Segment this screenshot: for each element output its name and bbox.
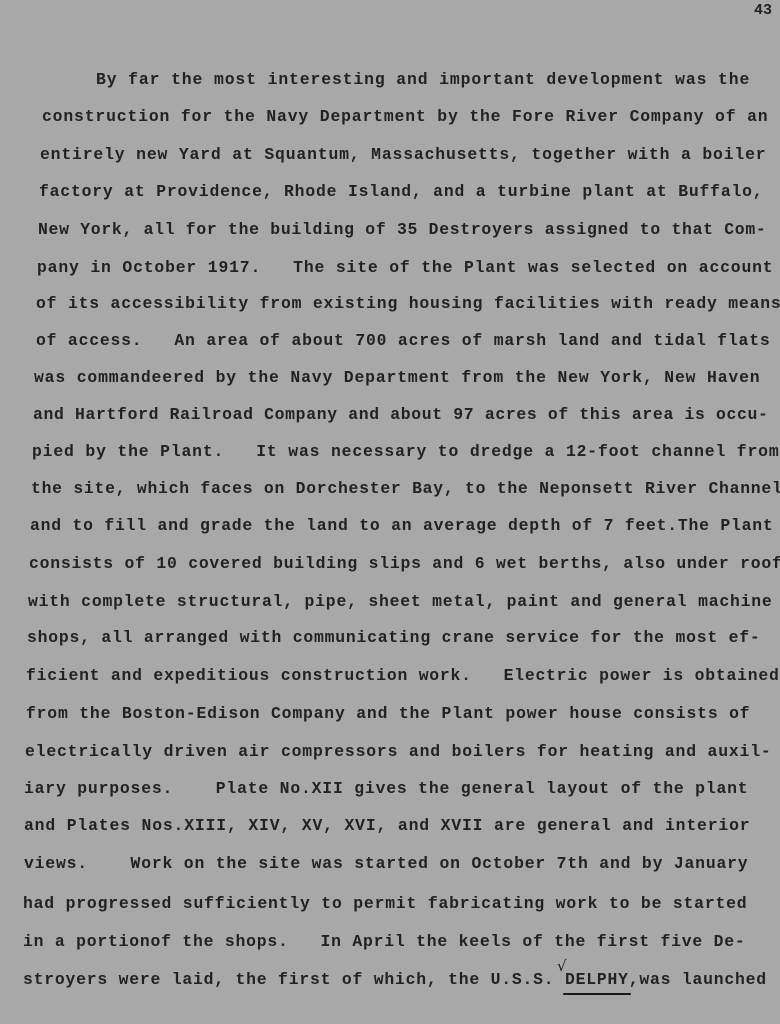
text-line: was commandeered by the Navy Department … — [34, 368, 760, 388]
text-segment: stroyers were laid, the first of which, … — [23, 970, 565, 989]
text-line: pied by the Plant. It was necessary to d… — [32, 442, 780, 462]
text-line: of access. An area of about 700 acres of… — [36, 331, 770, 351]
text-line: By far the most interesting and importan… — [96, 70, 750, 90]
text-line: of its accessibility from existing housi… — [36, 294, 780, 314]
text-line: consists of 10 covered building slips an… — [29, 554, 780, 574]
text-line: pany in October 1917. The site of the Pl… — [37, 258, 773, 278]
text-line: entirely new Yard at Squantum, Massachus… — [40, 145, 766, 165]
text-line-last: stroyers were laid, the first of which, … — [23, 970, 767, 990]
text-line: shops, all arranged with communicating c… — [27, 628, 760, 648]
ship-name-text: DELPHY — [565, 970, 629, 989]
text-line: and Hartford Railroad Company and about … — [33, 405, 769, 425]
text-line: with complete structural, pipe, sheet me… — [28, 592, 773, 612]
text-line: from the Boston-Edison Company and the P… — [26, 704, 750, 724]
text-line: had progressed sufficiently to permit fa… — [23, 894, 747, 914]
text-line: ficient and expeditious construction wor… — [26, 666, 780, 686]
text-line: in a portionof the shops. In April the k… — [23, 932, 745, 952]
text-line: electrically driven air compressors and … — [25, 742, 772, 762]
check-mark-icon: √ — [557, 956, 567, 976]
document-body: By far the most interesting and importan… — [0, 0, 780, 1024]
text-line: factory at Providence, Rhode Island, and… — [39, 182, 763, 202]
text-line: New York, all for the building of 35 Des… — [38, 220, 766, 240]
text-line: views. Work on the site was started on O… — [24, 854, 748, 874]
text-line: iary purposes. Plate No.XII gives the ge… — [24, 779, 748, 799]
underlined-ship-name: √DELPHY — [565, 970, 629, 990]
text-line: and Plates Nos.XIII, XIV, XV, XVI, and X… — [24, 816, 750, 836]
text-segment: ,was launched — [629, 970, 767, 989]
text-line: construction for the Navy Department by … — [42, 107, 768, 127]
text-line: and to fill and grade the land to an ave… — [30, 516, 774, 536]
text-line: the site, which faces on Dorchester Bay,… — [31, 479, 780, 499]
